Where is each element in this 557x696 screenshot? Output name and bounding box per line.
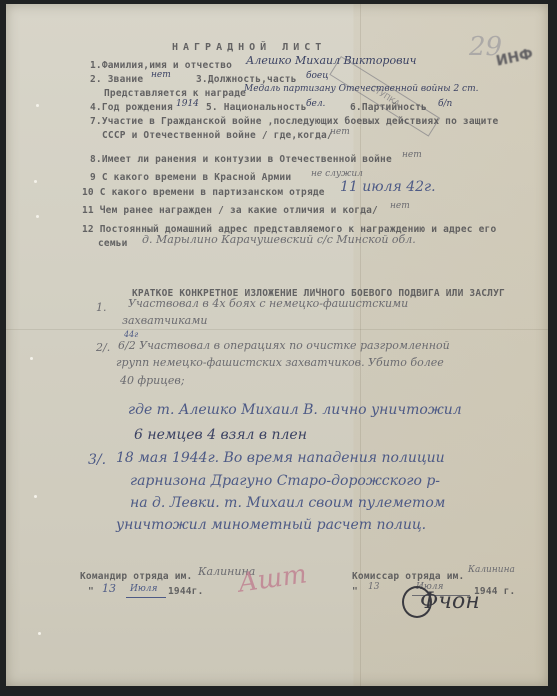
paper-speck: [30, 357, 33, 360]
field-value-address: д. Марылино Карачушевский с/с Минской об…: [142, 233, 416, 246]
field-label-prior-awards: 11 Чем ранее награжден / за какие отличи…: [82, 205, 378, 216]
field-value-civil-war: нет: [330, 127, 350, 137]
paper-fold: [6, 329, 548, 330]
feat-item-line: групп немецко-фашистских захватчиков. Уб…: [116, 356, 444, 369]
feat-item-number: 2/.: [96, 341, 110, 354]
feat-item-line: 18 мая 1944г. Во время нападения полиции: [116, 450, 445, 466]
field-label-rank: 2. Звание: [90, 74, 143, 85]
commissar-unit-name: Калинина: [468, 565, 515, 575]
feat-item-line: 40 фрицев;: [120, 374, 185, 387]
date-underline: [126, 597, 166, 598]
paper-speck: [36, 104, 39, 107]
commissar-date-day: 13: [368, 582, 379, 592]
field-value-name: Алешко Михаил Викторович: [246, 54, 416, 67]
field-value-rank: нет: [151, 70, 171, 80]
feat-item-line: захватчиками: [122, 314, 207, 327]
commander-date-day: 13: [102, 582, 116, 595]
commissar-date-year: 1944 г.: [474, 586, 515, 597]
feat-item-superscript: 44г: [124, 330, 138, 339]
feat-item-line: Участвовал в 4х боях с немецко-фашистски…: [128, 297, 408, 310]
commander-date-month: Июля: [130, 584, 157, 594]
commissar-role: Комиссар отряда им.: [352, 571, 464, 582]
field-value-red-army: не служил: [311, 169, 363, 179]
document-title: НАГРАДНОЙ ЛИСТ: [172, 42, 326, 53]
field-value-party: б/п: [438, 99, 452, 109]
field-label-birth-year: 4.Год рождения: [90, 102, 173, 113]
feat-item-number: 1.: [96, 301, 107, 314]
feat-item-line: где т. Алешко Михаил В. лично уничтожил: [128, 402, 462, 418]
field-value-award: Медаль партизану Отечественной войны 2 с…: [244, 84, 478, 94]
field-value-nationality: бел.: [306, 99, 325, 109]
field-label-civil-war-cont: СССР и Отечественной войне / где,когда/: [102, 130, 333, 141]
commissar-signature: Фчон: [402, 586, 480, 618]
field-label-wounds: 8.Имеет ли ранения и контузии в Отечеств…: [90, 154, 392, 165]
paper-speck: [38, 632, 41, 635]
field-value-prior-awards: нет: [390, 201, 410, 211]
field-label-address-cont: семьи: [98, 238, 128, 249]
commissar-date-quote: ": [352, 586, 358, 597]
commander-date-year: 1944г.: [168, 586, 204, 597]
field-value-position: боец: [306, 71, 329, 81]
feat-item-line: 6/2 Участвовал в операциях по очистке ра…: [118, 339, 450, 352]
feat-item-line: уничтожил минометный расчет полиц.: [116, 517, 426, 533]
field-value-birth-year: 1914: [176, 99, 199, 109]
commander-role: Командир отряда им.: [80, 571, 192, 582]
paper-speck: [34, 180, 37, 183]
field-value-wounds: нет: [402, 150, 422, 160]
feat-item-line: гарнизона Драгуно Старо-дорожского р-: [130, 473, 440, 489]
field-label-partisan-since: 10 С какого времени в партизанском отряд…: [82, 187, 325, 198]
field-label-award: Представляется к награде: [104, 88, 246, 99]
paper-speck: [36, 215, 39, 218]
field-label-nationality: 5. Национальность: [206, 102, 307, 113]
field-value-partisan-since: 11 июля 42г.: [340, 179, 436, 195]
feat-item-number: 3/.: [88, 452, 106, 468]
commander-date-quote: ": [88, 586, 94, 597]
field-label-red-army: 9 С какого времени в Красной Армии: [90, 172, 291, 183]
field-label-party: 6.Партийность: [350, 102, 427, 113]
feat-item-line: 6 немцев 4 взял в плен: [134, 427, 307, 443]
paper-sheet: 29 ИНФ СТУПКА НАГРАДНОЙ ЛИСТ 1.Фамилия,и…: [6, 4, 548, 686]
feat-item-line: на д. Левки. т. Михаил своим пулеметом: [130, 495, 445, 511]
scanned-document: 29 ИНФ СТУПКА НАГРАДНОЙ ЛИСТ 1.Фамилия,и…: [0, 0, 557, 696]
field-label-civil-war: 7.Участие в Гражданской войне ,последующ…: [90, 116, 498, 127]
paper-speck: [34, 495, 37, 498]
